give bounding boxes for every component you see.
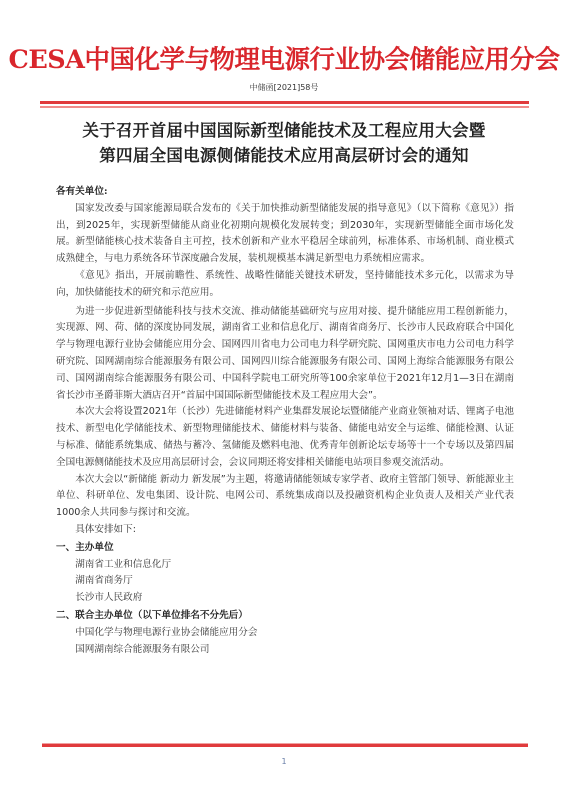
- paragraph-1: 国家发改委与国家能源局联合发布的《关于加快推动新型储能发展的指导意见》（以下简称…: [56, 201, 514, 268]
- notice-body: 各有关单位: 国家发改委与国家能源局联合发布的《关于加快推动新型储能发展的指导意…: [56, 184, 514, 658]
- co-organizer-item: 国网湖南综合能源服务有限公司: [56, 642, 514, 659]
- co-organizer-item: 中国化学与物理电源行业协会储能应用分会: [56, 625, 514, 642]
- section-heading-co-organizers: 二、联合主办单位（以下单位排名不分先后）: [56, 608, 514, 625]
- letterhead-rule-thick: [40, 101, 529, 104]
- paragraph-2: 《意见》指出，开展前瞻性、系统性、战略性储能关键技术研发，坚持储能技术多元化，以…: [56, 268, 514, 302]
- document-page: CESA中国化学与物理电源行业协会储能应用分会 中储函[2021]58号 关于召…: [0, 0, 568, 800]
- letterhead-org-title: CESA中国化学与物理电源行业协会储能应用分会: [0, 44, 568, 76]
- paragraph-3: 为进一步促进新型储能科技与技术交流、推动储能基础研究与应用对接、提升储能应用工程…: [56, 304, 514, 405]
- footer-rule: [42, 743, 528, 747]
- salutation: 各有关单位:: [56, 184, 514, 201]
- letterhead-rule-thin: [40, 106, 529, 108]
- document-number: 中储函[2021]58号: [0, 82, 568, 94]
- page-number: 1: [0, 757, 568, 766]
- arrangement-intro: 具体安排如下:: [56, 522, 514, 539]
- section-heading-organizers: 一、主办单位: [56, 540, 514, 557]
- notice-title-line-1: 关于召开首届中国国际新型储能技术及工程应用大会暨: [0, 118, 568, 143]
- paragraph-5: 本次大会以“新储能 新动力 新发展”为主题，将邀请储能领域专家学者、政府主管部门…: [56, 472, 514, 522]
- paragraph-4: 本次大会将设置2021年（长沙）先进储能材料产业集群发展论坛暨储能产业商业领袖对…: [56, 404, 514, 471]
- notice-title-line-2: 第四届全国电源侧储能技术应用高层研讨会的通知: [0, 143, 568, 168]
- organizer-item: 长沙市人民政府: [56, 590, 514, 607]
- organizer-item: 湖南省商务厅: [56, 573, 514, 590]
- notice-title: 关于召开首届中国国际新型储能技术及工程应用大会暨 第四届全国电源侧储能技术应用高…: [0, 118, 568, 168]
- organizer-item: 湖南省工业和信息化厅: [56, 557, 514, 574]
